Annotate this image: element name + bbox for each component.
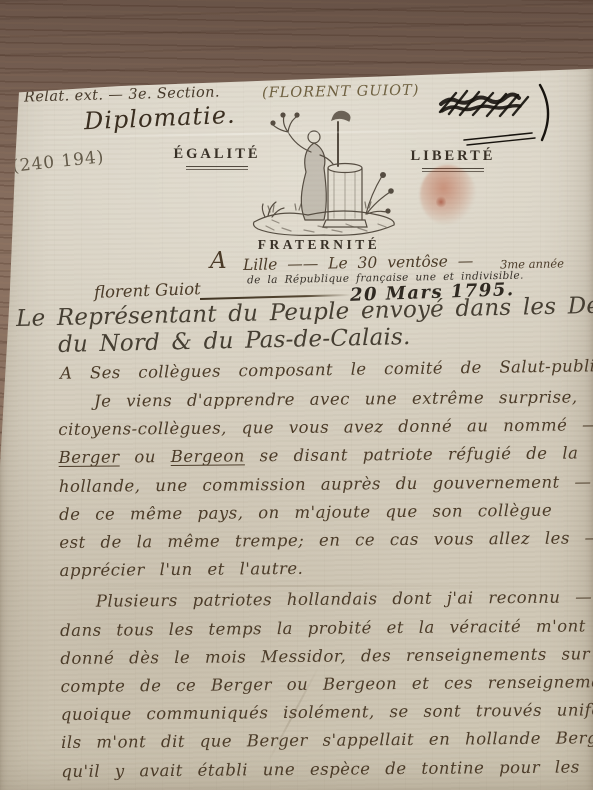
annotation-attribution: (FLORENT GUIOT): [262, 83, 420, 102]
handwritten-line: Plusieurs patriotes hollandais dont j'ai…: [60, 584, 593, 617]
handwritten-line: dans tous les temps la probité et la vér…: [60, 612, 593, 645]
text-segment: dans tous les temps la probité et la vér…: [60, 616, 586, 640]
crossed-out-word-scribble: [436, 82, 558, 154]
motto-fraternite: FRATERNITÉ: [234, 237, 404, 253]
red-wax-stain: [420, 165, 476, 225]
paragraph: Plusieurs patriotes hollandais dont j'ai…: [60, 584, 593, 786]
text-segment: apprécier l'un et l'autre.: [60, 559, 304, 580]
dateline-invocation: A: [210, 248, 227, 274]
text-segment: Plusieurs patriotes hollandais dont j'ai…: [96, 588, 593, 611]
paper-fold-line: [0, 585, 593, 587]
text-segment: quoique communiqués isolément, se sont t…: [61, 700, 593, 724]
text-segment: est de la même trempe; en ce cas vous al…: [59, 528, 593, 552]
handwritten-line: est de la même trempe; en ce cas vous al…: [59, 524, 593, 557]
text-segment: de ce même pays, on m'ajoute que son col…: [59, 501, 552, 524]
text-segment: ils m'ont dit que Berger s'appellait en …: [61, 728, 593, 752]
text-segment: compte de ce Berger ou Bergeon et ces re…: [61, 672, 593, 696]
underlined-name: Berger: [59, 448, 120, 468]
text-segment: se disant patriote réfugié de la: [245, 444, 579, 466]
text-segment: donné dès le mois Messidor, des renseign…: [60, 644, 593, 668]
text-segment: Je viens d'apprendre avec une extrême su…: [94, 387, 593, 410]
manuscript-page: Relat. ext. — 3e. Section. (FLORENT GUIO…: [0, 0, 593, 790]
text-segment: citoyens-collègues, que vous avez donné …: [58, 415, 593, 439]
signature-florent-guiot: florent Guiot: [94, 279, 201, 302]
handwritten-line: Berger ou Bergeon se disant patriote réf…: [58, 440, 593, 473]
salutation: A Ses collègues composant le comité de S…: [60, 356, 593, 383]
text-segment: hollande, une commission auprès du gouve…: [59, 472, 592, 496]
underlined-name: Bergeon: [171, 447, 245, 467]
document-photo: Relat. ext. — 3e. Section. (FLORENT GUIO…: [0, 0, 593, 790]
paragraph: Je viens d'apprendre avec une extrême su…: [58, 383, 593, 585]
handwritten-line: hollande, une commission auprès du gouve…: [59, 468, 593, 501]
annotation-topic: Diplomatie.: [83, 101, 236, 136]
text-segment: ou: [120, 447, 171, 466]
text-segment: qu'il y avait établi une espèce de tonti…: [61, 757, 593, 781]
annotation-inventory-number: (240 194): [11, 147, 105, 177]
handwritten-line: ils m'ont dit que Berger s'appellait en …: [61, 725, 593, 758]
republic-allegory-emblem: [248, 102, 404, 242]
red-stain-dot: [436, 196, 446, 208]
handwritten-line: apprécier l'un et l'autre.: [59, 553, 593, 586]
handwritten-line: qu'il y avait établi une espèce de tonti…: [61, 753, 593, 786]
